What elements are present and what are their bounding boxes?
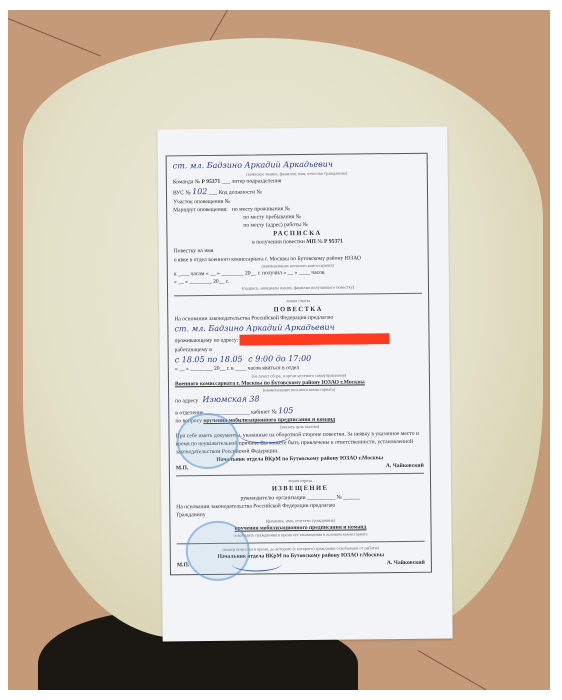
notice-to-label: руководителю организации <box>240 495 305 502</box>
summons-signer: А. Чайковский <box>386 462 424 471</box>
received-number: Р 95371 <box>324 239 343 245</box>
address2-value: Изюмская 38 <box>202 395 259 405</box>
floor-seam <box>418 650 488 690</box>
notice-signer: А. Чайковский <box>387 559 425 568</box>
route-item: по месту проживания № <box>232 206 290 213</box>
received-label: в получении повестки <box>252 239 305 246</box>
floor-seam <box>210 10 228 40</box>
address2-label: по адресу <box>175 398 198 404</box>
vus-label: ВУС № <box>173 190 191 196</box>
address-label: проживающему по адресу: <box>175 337 239 344</box>
stamp-label: М.П. <box>176 465 188 471</box>
vus-value: 102 <box>192 187 207 196</box>
position-code-label: Код должности № <box>219 189 262 195</box>
floor-seam <box>8 18 101 56</box>
team-label: Команда № <box>173 179 200 185</box>
cabinet-label: кабинет № <box>251 409 277 415</box>
received-series: МП <box>306 239 316 245</box>
summons-date: с 18.05 по 18.05 <box>175 354 243 364</box>
notice-number-label: № <box>336 494 341 500</box>
subunit-label: литер подразделения <box>231 178 281 185</box>
cabinet-value: 105 <box>278 406 293 415</box>
team-number: Р 95371 <box>201 179 220 185</box>
photo: ст. мл. Бадзино Аркадий Аркадьевич (воин… <box>8 10 550 690</box>
redaction-bar <box>240 333 390 346</box>
summons-time: с 9:00 до 17:00 <box>248 354 311 364</box>
route-label: Маршрут оповещения: <box>173 206 228 213</box>
received-number-label: № <box>317 239 322 245</box>
summons-form: ст. мл. Бадзино Аркадий Аркадьевич (воин… <box>166 153 432 576</box>
summons-paper: ст. мл. Бадзино Аркадий Аркадьевич (воин… <box>157 126 452 641</box>
